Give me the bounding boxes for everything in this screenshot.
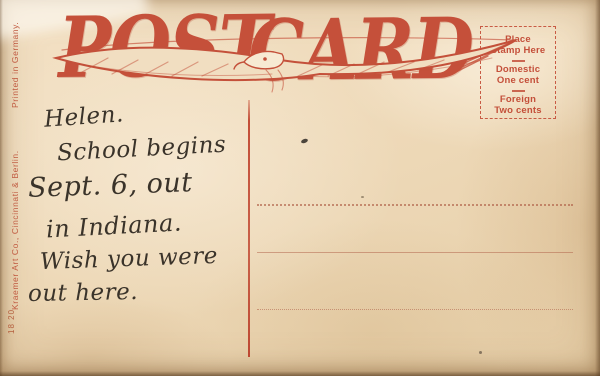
eagle-illustration bbox=[52, 18, 526, 100]
publisher-imprint: Kraemer Art Co., Cincinnati & Berlin. Pr… bbox=[7, 22, 23, 310]
scan-edge-left bbox=[0, 0, 3, 376]
address-line bbox=[257, 309, 573, 310]
scan-edge-right bbox=[595, 0, 600, 376]
message-line: Wish you were bbox=[40, 243, 219, 275]
message-line: Sept. 6, out bbox=[28, 167, 194, 204]
address-line bbox=[257, 252, 573, 253]
printed-in-note: Printed in Germany. bbox=[10, 22, 20, 108]
stamp-line-two-cents: Two cents bbox=[481, 106, 555, 117]
message-line: in Indiana. bbox=[45, 208, 182, 243]
ink-speck bbox=[479, 351, 482, 354]
series-number: 18 20 bbox=[7, 302, 20, 334]
ink-speck bbox=[301, 138, 309, 144]
message-line: School begins bbox=[56, 132, 226, 167]
message-line: out here. bbox=[28, 279, 138, 307]
scan-edge-bottom bbox=[0, 371, 600, 376]
publisher-name: Kraemer Art Co., Cincinnati & Berlin. bbox=[10, 150, 20, 310]
ink-speck bbox=[361, 196, 364, 198]
message-line: Helen. bbox=[43, 101, 124, 133]
postcard-scan: Kraemer Art Co., Cincinnati & Berlin. Pr… bbox=[0, 0, 600, 376]
divider-line bbox=[248, 100, 250, 357]
address-line bbox=[257, 204, 573, 206]
